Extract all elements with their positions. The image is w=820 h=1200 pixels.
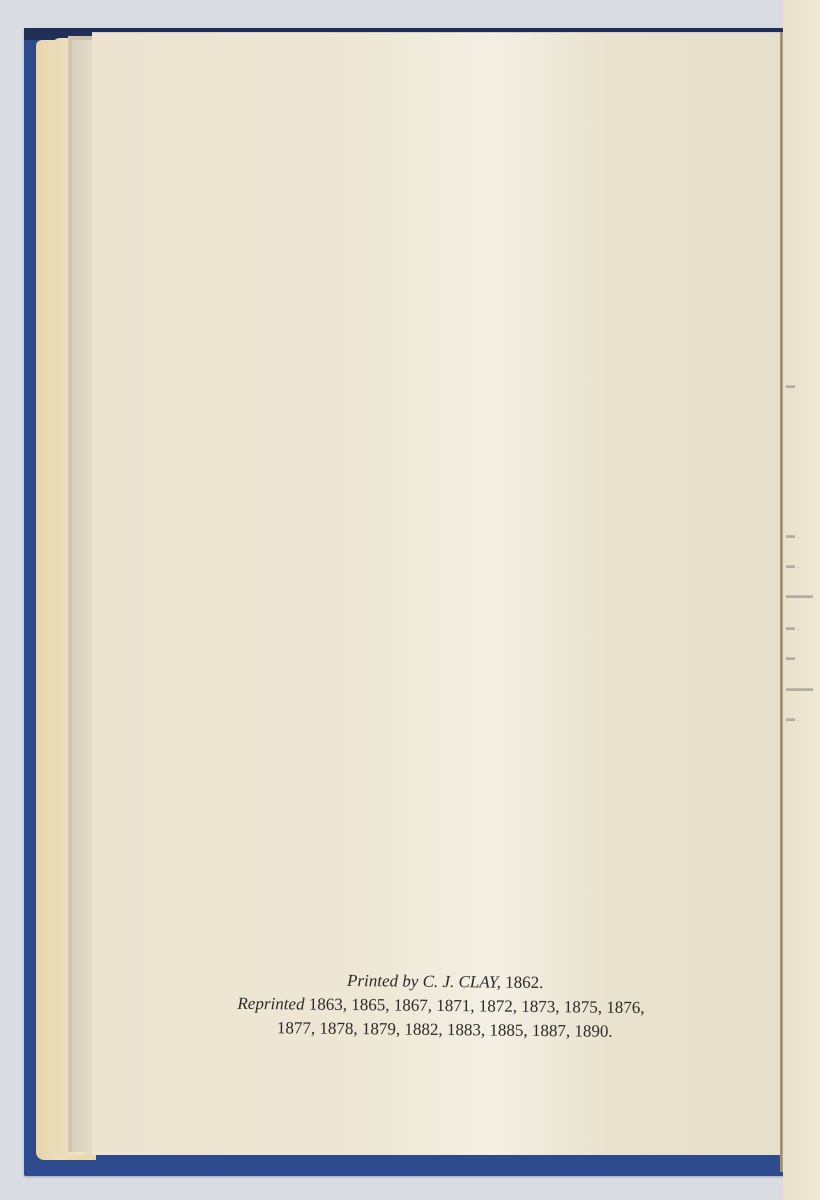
gutter — [780, 32, 783, 1172]
facing-page-text-fragment: ▬ . — [786, 560, 816, 570]
printer-name: C. J. CLAY, — [423, 972, 501, 992]
facing-page-text-fragment: ▬ . — [786, 713, 816, 723]
reprinted-label: Reprinted — [237, 994, 304, 1014]
facing-page-edge — [783, 0, 820, 1200]
page-shadow-edge — [72, 40, 94, 1152]
reprint-years-line-1: 1863, 1865, 1867, 1871, 1872, 1873, 1875… — [309, 995, 645, 1018]
facing-page-text-fragment: ▬ . — [786, 530, 816, 540]
imprint-block: Printed by C. J. CLAY, 1862. Reprinted 1… — [170, 967, 721, 1045]
facing-page-text-fragment: ▬▬▬ — [786, 683, 816, 693]
facing-page-text-fragment: ▬▬▬ — [786, 590, 816, 600]
facing-page-text-fragment: ▬ — [786, 380, 816, 390]
printed-year: 1862. — [505, 973, 543, 992]
facing-page-text-fragment: ▬ . — [786, 622, 816, 632]
facing-page-text-fragment: ▬ — [786, 652, 816, 662]
printed-label: Printed by — [347, 971, 418, 991]
